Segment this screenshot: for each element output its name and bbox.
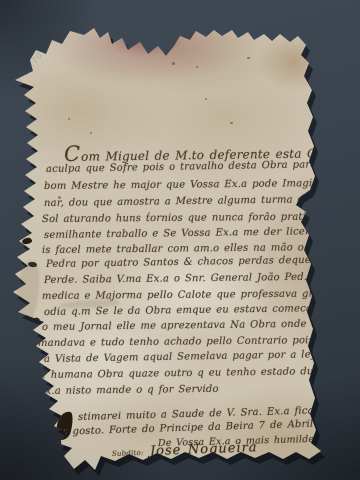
photo-background: 7.14.70 Com Miguel de M.to deferente est…	[0, 0, 360, 480]
photo-vignette	[0, 0, 360, 480]
